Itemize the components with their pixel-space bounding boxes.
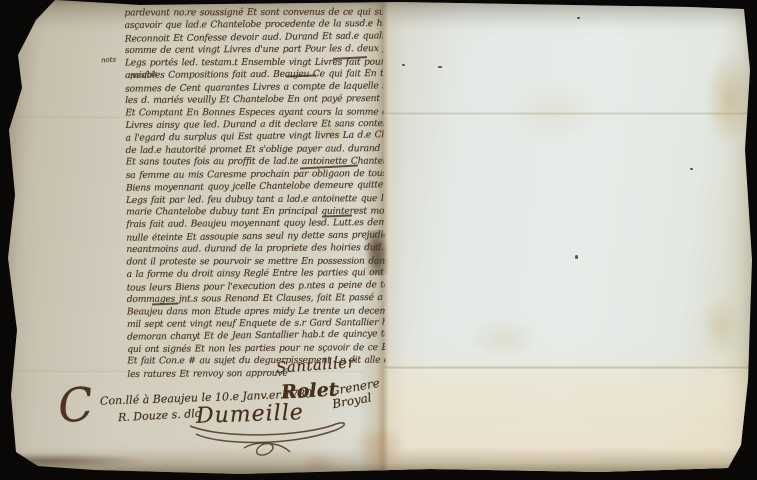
manuscript-line: les ratures Et renvoy son approuvé: [127, 367, 385, 381]
manuscript-line: a la forme du droit ainsy Reglé Entre le…: [127, 267, 385, 281]
ink-speck: [462, 475, 465, 477]
interline-insertion: nots: [101, 56, 117, 65]
manuscript-line: Biens moyennant quoy jcelle Chantelobe d…: [126, 179, 384, 195]
ink-speck: [438, 66, 442, 68]
strikethrough-mark: [322, 214, 352, 217]
stain: [705, 52, 753, 147]
bottom-edge-shadow: [0, 448, 757, 480]
strikethrough-mark: [152, 303, 178, 306]
horizontal-crease: [18, 116, 363, 120]
manuscript-line: asçavoir que lad.e Chantelobe procedente…: [125, 18, 383, 32]
horizontal-crease: [14, 370, 364, 374]
center-fold-crease: [358, 0, 406, 480]
ink-speck: [690, 168, 693, 170]
manuscript-line: Et sans toutes fois au proffit de lad.te…: [126, 156, 384, 169]
control-note: Con.llé à Beaujeu le 10.e Janv.er 1730: [100, 387, 313, 407]
manuscript-line: demoran chanyt Et de Jean Santallier hab…: [127, 329, 385, 345]
horizontal-crease: [384, 112, 754, 116]
manuscript-line: nulle éteinte Et assoupie sans seul ny d…: [126, 229, 384, 245]
controller-paraph: Grenere Broyal: [329, 377, 383, 411]
manuscript-line: Beaujeu dans mon Etude apres midy Le tre…: [127, 305, 385, 318]
fold-damage-mark: [362, 230, 390, 274]
control-initial-flourish: C: [55, 376, 96, 433]
manuscript-line: Et fait Con.e # au sujet du deguerpissem…: [127, 355, 385, 368]
controller-signature: Rolet: [280, 379, 338, 404]
manuscript-line: Livres ainsy que led. Durand a dit decla…: [125, 118, 383, 132]
manuscript-line: Et Comptant En Bonnes Especes ayant cour…: [125, 106, 383, 119]
manuscript-line: sa femme au mis Caresme prochain par obl…: [126, 168, 384, 182]
stain: [318, 124, 346, 140]
manuscript-line: somme de cent vingt Livres d'une part Po…: [125, 43, 383, 57]
interline-insertion: quesfois: [128, 70, 158, 80]
strikethrough-mark: [286, 74, 316, 77]
scanned-manuscript: pardevant no.re soussigné Et sont conven…: [0, 0, 757, 480]
manuscript-line: Legs portés led. testam.t Ensemble vingt…: [125, 56, 383, 69]
manuscript-line: de lad.e hautorité promet Et s'oblige pa…: [126, 143, 384, 157]
stain: [468, 318, 540, 358]
manuscript-line: amiables Compositions fait aud. Beaujeu …: [125, 68, 383, 82]
strikethrough-mark: [333, 56, 367, 60]
manuscript-line: frais fait aud. Beaujeu moyennant quoy l…: [126, 217, 384, 231]
manuscript-line: les d. mariés veuilly Et Chantelobe En o…: [125, 93, 383, 107]
manuscript-line: tous leurs Biens pour l'execution des p.…: [127, 279, 385, 295]
manuscript-line: neantmoins aud. durand de la propriete d…: [126, 242, 384, 256]
manuscript-text: pardevant no.re soussigné Et sont conven…: [124, 6, 385, 392]
stain: [700, 295, 742, 355]
ink-speck: [575, 255, 578, 259]
manuscript-line: dommages jnt.s sous Renond Et Clauses, f…: [127, 292, 385, 306]
manuscript-line: a l'egard du surplus qui Est quatre ving…: [125, 130, 383, 146]
ink-smudge: [0, 453, 160, 469]
paper-tone-bottom-right: [372, 345, 757, 480]
manuscript-line: qui ont signés Et non les parties pour n…: [127, 342, 385, 356]
strikethrough-mark: [300, 164, 358, 169]
witness-signature: Santallier: [275, 353, 355, 376]
controller-paraph-line2: Broyal: [331, 390, 372, 411]
manuscript-line: pardevant no.re soussigné Et sont conven…: [125, 7, 383, 20]
manuscript-line: Reconnoit Et Confesse devoir aud. Durand…: [125, 30, 383, 46]
manuscript-line: marie Chantelobe dubuy tant En principal…: [126, 206, 384, 219]
manuscript-line: sommes de Cent quarantes Livres a compte…: [125, 80, 383, 96]
horizontal-crease: [384, 366, 754, 370]
ink-speck: [577, 17, 580, 19]
manuscript-line: dont il proteste se pourvoir se mettre E…: [126, 255, 384, 268]
stain: [508, 82, 598, 142]
stain: [298, 452, 338, 476]
stain: [348, 424, 406, 466]
manuscript-line: mil sept cent vingt neuf Enquete de s.r …: [127, 317, 385, 331]
paper-sheet: pardevant no.re soussigné Et sont conven…: [0, 0, 757, 480]
notary-signature: Dumeille: [196, 400, 305, 429]
controller-paraph-line1: Grenere: [329, 376, 381, 398]
receipt-note: R. Douze s. dlo: [118, 407, 202, 424]
manuscript-line: Legs fait par led. feu dubuy tant a lad.…: [126, 193, 384, 207]
notary-flourish: [186, 418, 356, 460]
ink-speck: [402, 64, 405, 66]
